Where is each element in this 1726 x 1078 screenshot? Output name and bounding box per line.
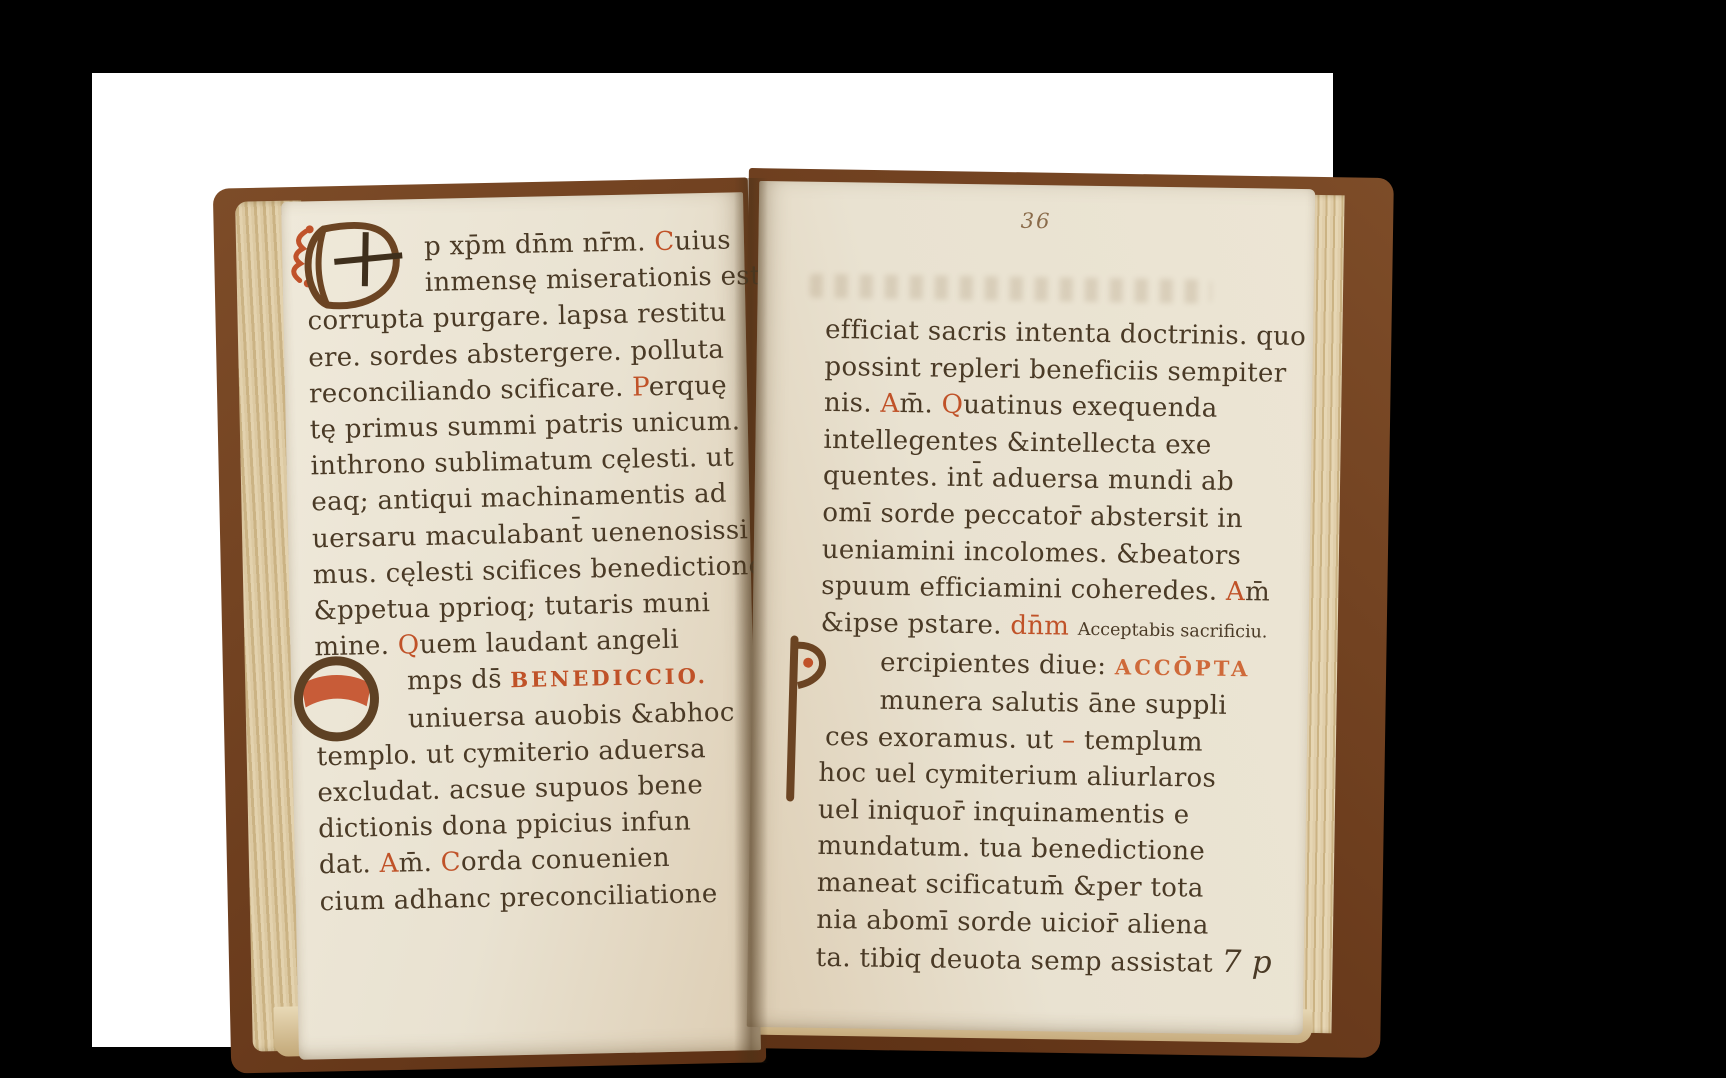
ink-text: uel iniquor̄ inquinamentis e xyxy=(818,795,1190,831)
ink-text: excludat. acsue supuos bene xyxy=(317,770,703,808)
ink-text: maneat scificatum̄ &per tota xyxy=(817,868,1204,904)
ink-text: m̄. xyxy=(899,389,942,420)
ink-text: 7 p xyxy=(1221,944,1272,981)
ink-text: possint repleri beneficiis sempiter xyxy=(824,352,1286,389)
ink-text: uatinus exequenda xyxy=(963,390,1218,424)
ink-showthrough xyxy=(810,274,1212,304)
ink-text: ces exoramus. ut xyxy=(825,721,1062,755)
ink-text: cium adhanc preconciliatione xyxy=(319,879,717,917)
ink-text: erquę xyxy=(649,370,728,402)
ink-text: corrupta purgare. lapsa restitu xyxy=(307,298,727,337)
backdrop: { "colors": { "backdrop": "#000000", "ph… xyxy=(0,0,1726,1078)
ink-text: hoc uel cymiterium aliurlaros xyxy=(818,758,1216,794)
ink-text: tę primus summi patris unicum. xyxy=(310,406,741,445)
text-line: ta. tibiq deuota semp assistat 7 p xyxy=(816,938,1303,984)
ink-text: m̄. xyxy=(398,848,441,879)
ink-text: uniuersa auobis &abhoc xyxy=(408,697,735,734)
ink-text: spuum efficiamini coheredes. xyxy=(821,571,1226,607)
rubric-text: C xyxy=(654,227,675,257)
ink-text: orda conuenien xyxy=(461,843,671,877)
page-number: 36 xyxy=(1021,209,1052,233)
rubric-text: Q xyxy=(941,390,963,420)
right-page-text: efficiat sacris intenta doctrinis. quopo… xyxy=(816,312,1312,984)
ink-text: mus. cęlesti scifices benedictione xyxy=(313,551,765,590)
ink-text: ere. sordes abstergere. polluta xyxy=(308,334,724,373)
gutter-shadow xyxy=(734,178,768,1063)
ink-text: m̄ xyxy=(1245,577,1270,607)
ink-text: inthrono sublimatum cęlesti. ut xyxy=(310,443,734,482)
ink-text: &ppetua pprioq; tutaris muni xyxy=(313,588,710,626)
ink-text: eaq; antiqui machinamentis ad xyxy=(311,479,727,518)
rubric-text: A xyxy=(1226,577,1246,607)
ink-text: uem laudant angeli xyxy=(419,625,679,660)
ink-text: mps ds̄ xyxy=(407,665,511,697)
ink-text: mine. xyxy=(314,631,398,663)
ink-text: dat. xyxy=(319,849,380,880)
ink-text: Acceptabis sacrificiu. xyxy=(1078,619,1268,642)
ink-text: dictionis dona ppicius infun xyxy=(318,807,691,845)
ink-text: templo. ut cymiterio aduersa xyxy=(316,734,706,772)
ink-text: p xp̄m dn̄m nr̄m. xyxy=(424,227,655,262)
manuscript-photo: p xp̄m dn̄m nr̄m. Cuiusinmensę miseratio… xyxy=(92,73,1333,1047)
ink-text: nis. xyxy=(824,388,881,419)
ink-text: mundatum. tua benedictione xyxy=(817,831,1205,867)
rubric-text: A xyxy=(880,389,900,419)
rubric-text: dn̄m xyxy=(1010,610,1078,641)
ink-text: efficiat sacris intenta doctrinis. quo xyxy=(825,315,1306,352)
rubric-text: A xyxy=(379,849,399,879)
ink-text: &ipse pstare. xyxy=(821,608,1011,641)
ink-text: quentes. int̄ aduersa mundi ab xyxy=(823,461,1234,497)
rubric-text: P xyxy=(632,372,649,402)
rubric-text: ACCŌPTA xyxy=(1115,655,1251,682)
rubric-text: – xyxy=(1062,725,1084,755)
ink-text: intellegentes &intellecta exe xyxy=(823,425,1212,461)
ink-text: nia abomī sorde uicior̄ aliena xyxy=(816,904,1209,940)
ink-text: ueniamini incolomes. &beators xyxy=(822,534,1242,570)
ink-text: uius xyxy=(674,226,731,257)
rubric-text: Q xyxy=(398,630,420,660)
ink-text: inmensę miserationis est xyxy=(424,261,760,298)
ink-text: ta. tibiq deuota semp assistat xyxy=(816,943,1222,979)
rubric-text: BENEDICCIO. xyxy=(510,664,708,693)
ink-text: uersaru maculabant̄ uenenosissi xyxy=(312,515,749,554)
rubric-text: C xyxy=(440,848,461,878)
ink-text: reconciliando scificare. xyxy=(309,372,633,409)
right-page: 36 efficiat sacris intenta doctrinis. qu… xyxy=(747,181,1315,1035)
ink-text: templum xyxy=(1084,725,1203,757)
ink-text: omī sorde peccator̄ abstersit in xyxy=(822,498,1243,534)
ink-text: munera salutis āne suppli xyxy=(879,686,1227,721)
ink-text: ercipientes diue: xyxy=(880,648,1115,681)
left-page: p xp̄m dn̄m nr̄m. Cuiusinmensę miseratio… xyxy=(281,192,761,1059)
left-page-text: p xp̄m dn̄m nr̄m. Cuiusinmensę miseratio… xyxy=(306,222,754,920)
